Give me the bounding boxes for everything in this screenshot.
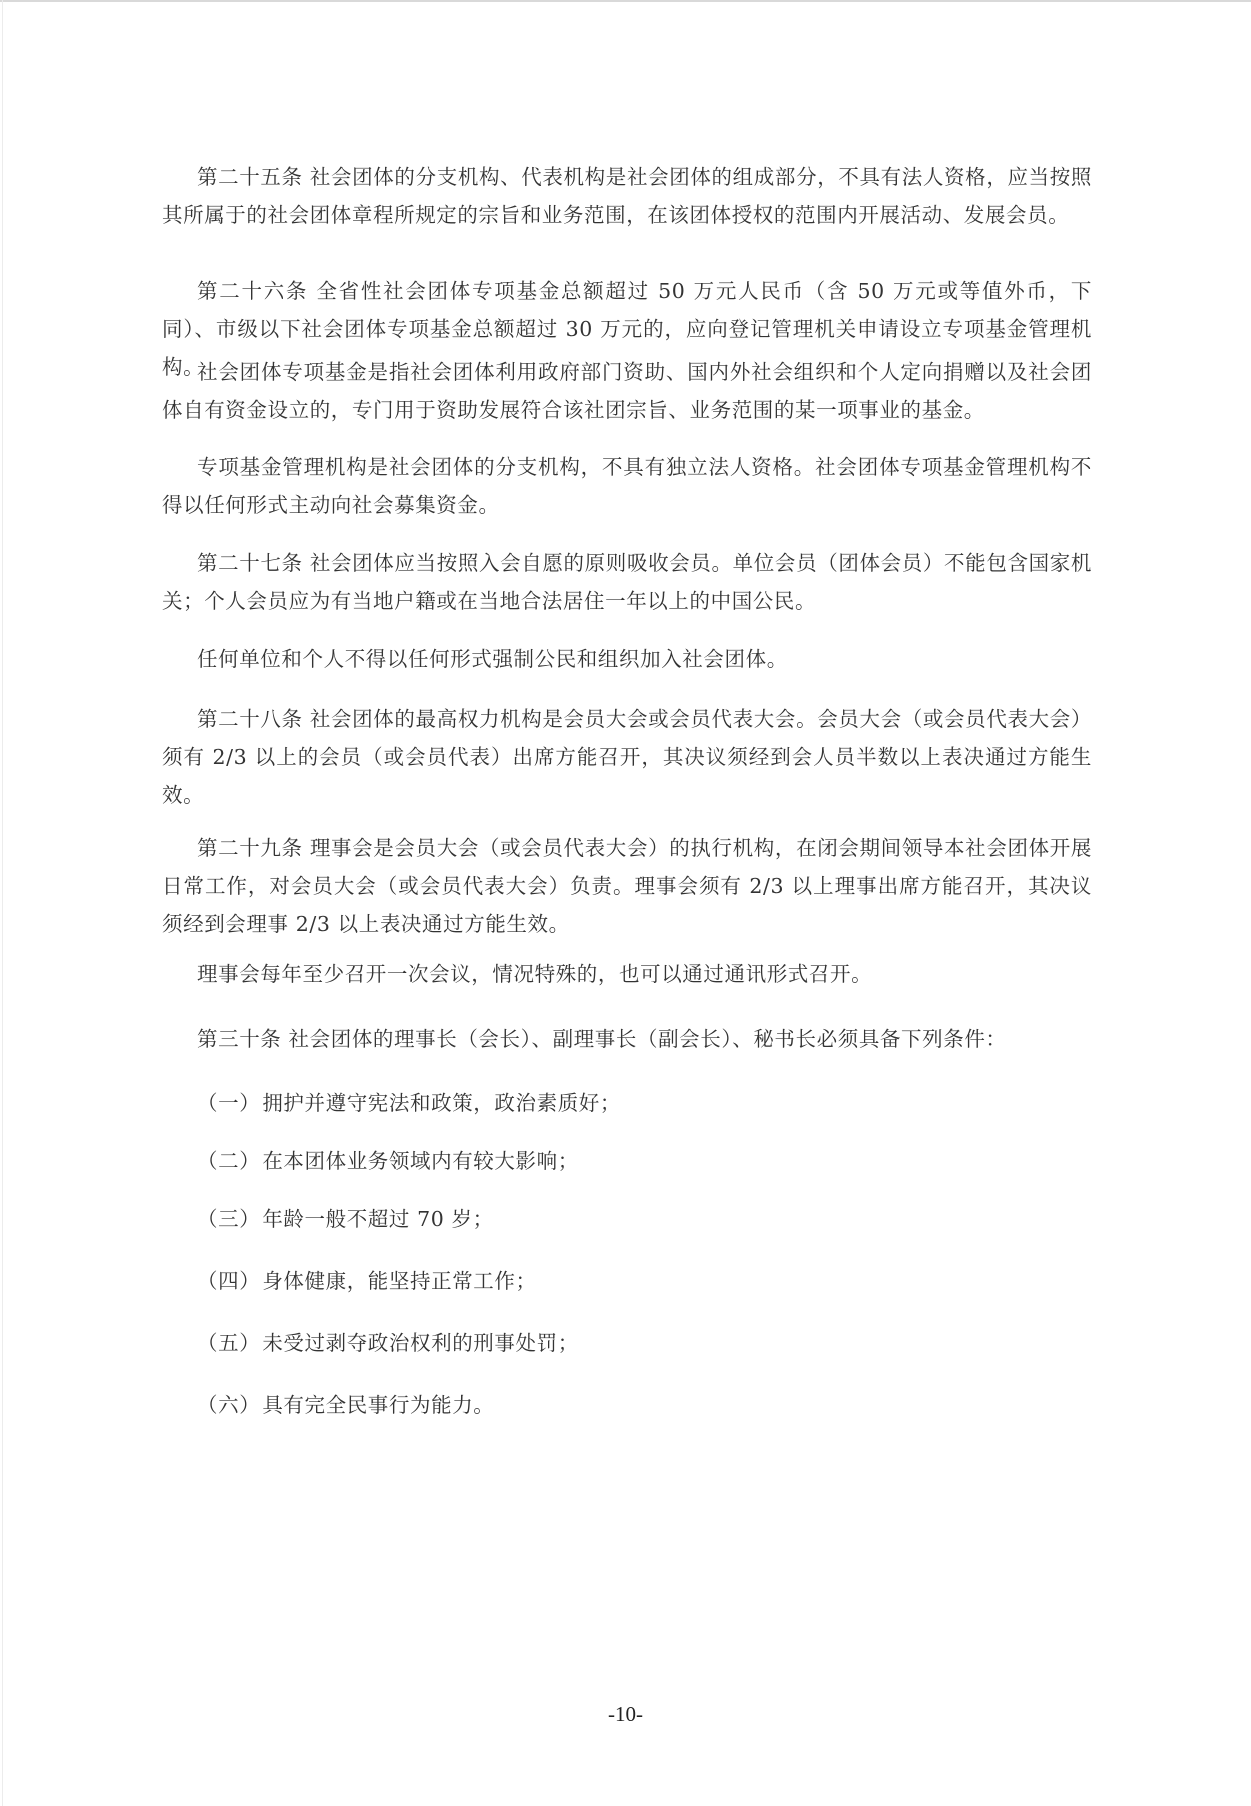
- article-28: 第二十八条 社会团体的最高权力机构是会员大会或会员代表大会。会员大会（或会员代表…: [162, 700, 1092, 814]
- article-26-special-fund-definition: 社会团体专项基金是指社会团体利用政府部门资助、国内外社会组织和个人定向捐赠以及社…: [162, 353, 1092, 429]
- condition-text: 拥护并遵守宪法和政策，政治素质好；: [262, 1091, 621, 1115]
- condition-text: 在本团体业务领域内有较大影响；: [262, 1149, 579, 1173]
- article-29-meeting-frequency: 理事会每年至少召开一次会议，情况特殊的，也可以通过通讯形式召开。: [162, 955, 1092, 993]
- condition-number: （三）: [197, 1207, 260, 1231]
- condition-number: （二）: [197, 1149, 260, 1173]
- condition-item: （二）在本团体业务领域内有较大影响；: [197, 1142, 579, 1180]
- article-30: 第三十条 社会团体的理事长（会长）、副理事长（副会长）、秘书长必须具备下列条件：: [162, 1020, 1092, 1058]
- condition-item: （一）拥护并遵守宪法和政策，政治素质好；: [197, 1084, 621, 1122]
- condition-number: （一）: [197, 1091, 260, 1115]
- condition-text: 未受过剥夺政治权利的刑事处罚；: [262, 1331, 579, 1355]
- condition-number: （五）: [197, 1331, 260, 1355]
- article-25: 第二十五条 社会团体的分支机构、代表机构是社会团体的组成部分，不具有法人资格，应…: [162, 158, 1092, 234]
- article-29: 第二十九条 理事会是会员大会（或会员代表大会）的执行机构，在闭会期间领导本社会团…: [162, 829, 1092, 943]
- condition-item: （六）具有完全民事行为能力。: [197, 1386, 494, 1424]
- condition-item: （五）未受过剥夺政治权利的刑事处罚；: [197, 1324, 579, 1362]
- condition-text: 具有完全民事行为能力。: [262, 1393, 494, 1417]
- page-left-edge: [2, 0, 3, 1806]
- condition-item: （四）身体健康，能坚持正常工作；: [197, 1262, 537, 1300]
- page-number: -10-: [0, 1702, 1251, 1727]
- article-27: 第二十七条 社会团体应当按照入会自愿的原则吸收会员。单位会员（团体会员）不能包含…: [162, 544, 1092, 620]
- condition-number: （六）: [197, 1393, 260, 1417]
- condition-text: 年龄一般不超过 70 岁；: [262, 1207, 493, 1231]
- condition-text: 身体健康，能坚持正常工作；: [262, 1269, 536, 1293]
- condition-item: （三）年龄一般不超过 70 岁；: [197, 1200, 494, 1238]
- article-27-no-coercion: 任何单位和个人不得以任何形式强制公民和组织加入社会团体。: [162, 640, 1092, 678]
- condition-number: （四）: [197, 1269, 260, 1293]
- page-top-edge: [0, 0, 1251, 2]
- article-26-fund-management-body: 专项基金管理机构是社会团体的分支机构，不具有独立法人资格。社会团体专项基金管理机…: [162, 448, 1092, 524]
